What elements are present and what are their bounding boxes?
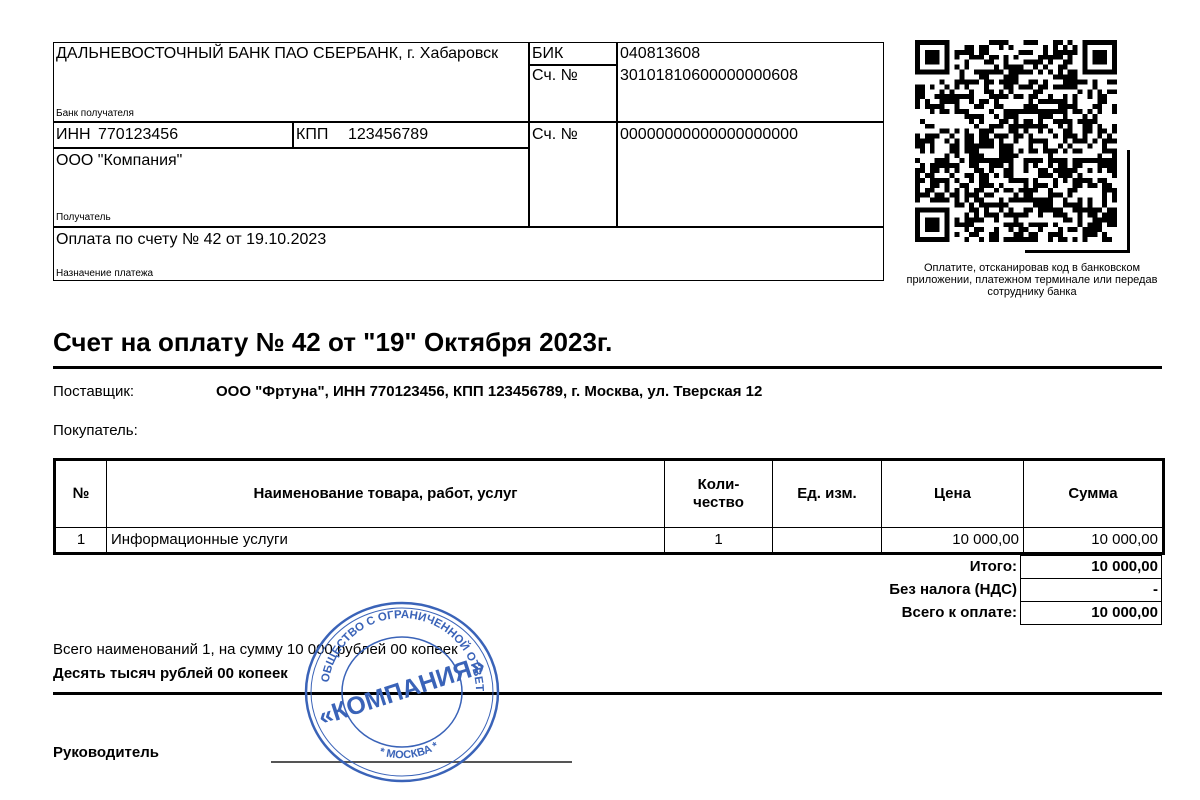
- qr-caption: Оплатите, отсканировав код в банковском …: [896, 262, 1168, 298]
- inn-value: 770123456: [98, 125, 178, 144]
- supplier-value: ООО "Фртуна", ИНН 770123456, КПП 1234567…: [216, 383, 762, 401]
- table-row: 1 Информационные услуги 1 10 000,00 10 0…: [55, 528, 1164, 554]
- item-name: Информационные услуги: [107, 528, 665, 554]
- vat-value: -: [1021, 579, 1162, 602]
- qty-header-line2: чество: [693, 494, 744, 511]
- item-price: 10 000,00: [882, 528, 1024, 554]
- item-unit: [773, 528, 882, 554]
- subtotal-row: Итого: 10 000,00: [780, 556, 1162, 579]
- recipient-label: Получатель: [56, 212, 111, 224]
- divider: [54, 226, 883, 228]
- stamp-ring-bottom: * МОСКВА *: [378, 740, 441, 762]
- account-label: Сч. №: [532, 125, 578, 144]
- qr-corner-mark: [1127, 150, 1130, 253]
- inn-label: ИНН: [56, 125, 91, 144]
- col-unit-header: Ед. изм.: [773, 460, 882, 528]
- items-table: № Наименование товара, работ, услуг Коли…: [53, 458, 1165, 555]
- bank-details-table: ДАЛЬНЕВОСТОЧНЫЙ БАНК ПАО СБЕРБАНК, г. Ха…: [53, 42, 884, 281]
- supplier-label: Поставщик:: [53, 383, 134, 401]
- total-value: 10 000,00: [1021, 602, 1162, 625]
- item-num: 1: [55, 528, 107, 554]
- invoice-title: Счет на оплату № 42 от "19" Октября 2023…: [53, 326, 612, 358]
- item-sum: 10 000,00: [1024, 528, 1164, 554]
- total-label: Всего к оплате:: [780, 602, 1021, 625]
- totals-table: Итого: 10 000,00 Без налога (НДС) - Всег…: [780, 555, 1162, 625]
- vat-row: Без налога (НДС) -: [780, 579, 1162, 602]
- amount-in-words: Десять тысяч рублей 00 копеек: [53, 665, 288, 683]
- kpp-label: КПП: [296, 125, 328, 144]
- col-price-header: Цена: [882, 460, 1024, 528]
- corr-account-value: 30101810600000000608: [620, 66, 798, 85]
- divider: [528, 43, 530, 226]
- payment-purpose: Оплата по счету № 42 от 19.10.2023: [56, 230, 326, 249]
- buyer-label: Покупатель:: [53, 422, 138, 440]
- col-qty-header: Коли-чество: [665, 460, 773, 528]
- qr-code-icon: [915, 40, 1117, 242]
- divider: [54, 121, 883, 123]
- items-header-row: № Наименование товара, работ, услуг Коли…: [55, 460, 1164, 528]
- divider: [616, 43, 618, 226]
- divider: [292, 121, 294, 148]
- qr-corner-mark: [1025, 250, 1130, 253]
- kpp-value: 123456789: [348, 125, 428, 144]
- total-row: Всего к оплате: 10 000,00: [780, 602, 1162, 625]
- title-rule: [53, 366, 1162, 369]
- subtotal-label: Итого:: [780, 556, 1021, 579]
- bank-label: Банк получателя: [56, 108, 134, 120]
- bik-label: БИК: [532, 44, 563, 63]
- summary-rule: [53, 692, 1162, 695]
- account-value: 00000000000000000000: [620, 125, 798, 144]
- bik-value: 040813608: [620, 44, 700, 63]
- director-label: Руководитель: [53, 744, 159, 762]
- col-name-header: Наименование товара, работ, услуг: [107, 460, 665, 528]
- payment-purpose-label: Назначение платежа: [56, 268, 153, 280]
- vat-label: Без налога (НДС): [780, 579, 1021, 602]
- bank-name: ДАЛЬНЕВОСТОЧНЫЙ БАНК ПАО СБЕРБАНК, г. Ха…: [56, 44, 526, 63]
- col-sum-header: Сумма: [1024, 460, 1164, 528]
- item-qty: 1: [665, 528, 773, 554]
- recipient-name: ООО "Компания": [56, 151, 182, 170]
- col-num-header: №: [55, 460, 107, 528]
- corr-account-label: Сч. №: [532, 66, 578, 85]
- qty-header-line1: Коли-: [698, 476, 740, 493]
- company-stamp-icon: ОБЩЕСТВО С ОГРАНИЧЕННОЙ ОТВЕТСТВЕННОСТЬЮ…: [303, 600, 501, 784]
- divider: [54, 147, 529, 149]
- subtotal-value: 10 000,00: [1021, 556, 1162, 579]
